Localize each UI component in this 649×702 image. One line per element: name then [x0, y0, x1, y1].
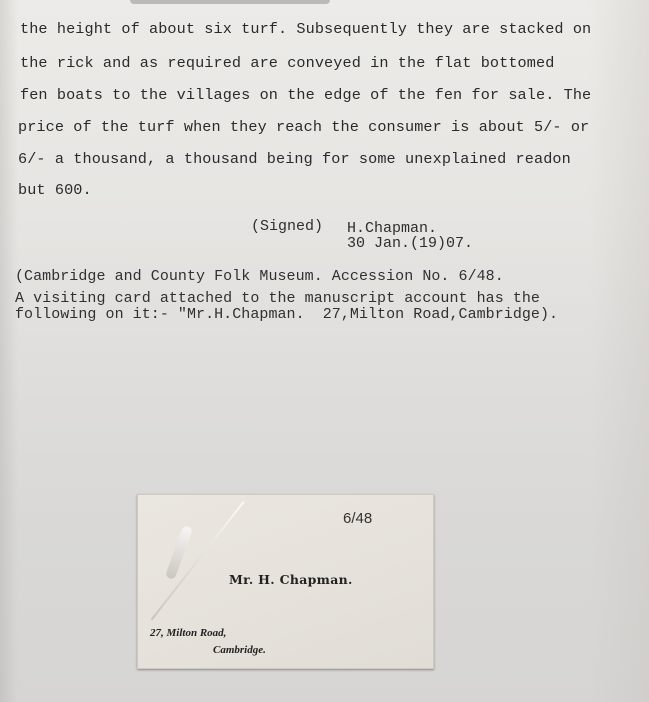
page-shadow-left — [0, 0, 18, 702]
card-accession-number: 6/48 — [343, 510, 372, 527]
signature-date: 30 Jan.(19)07. — [347, 235, 473, 252]
paragraph-line: the rick and as required are conveyed in… — [20, 54, 554, 72]
visiting-card: 6/48 Mr. H. Chapman. 27, Milton Road, Ca… — [137, 494, 434, 669]
note-line: (Cambridge and County Folk Museum. Acces… — [15, 268, 504, 285]
paragraph-line: 6/- a thousand, a thousand being for som… — [18, 150, 571, 168]
card-address-line1: 27, Milton Road, — [150, 627, 226, 639]
card-name: Mr. H. Chapman. — [229, 572, 353, 587]
note-line: A visiting card attached to the manuscri… — [15, 290, 540, 307]
top-edge-shadow — [130, 0, 330, 4]
paragraph-line: the height of about six turf. Subsequent… — [20, 20, 591, 38]
card-crease — [151, 501, 245, 620]
card-address-line2: Cambridge. — [213, 644, 266, 656]
note-line: following on it:- "Mr.H.Chapman. 27,Milt… — [15, 306, 558, 323]
paragraph-line: fen boats to the villages on the edge of… — [20, 86, 591, 104]
page-shadow-right — [589, 0, 649, 702]
paragraph-line: price of the turf when they reach the co… — [18, 118, 589, 136]
signed-label: (Signed) — [251, 218, 323, 235]
paragraph-line: but 600. — [18, 181, 92, 199]
